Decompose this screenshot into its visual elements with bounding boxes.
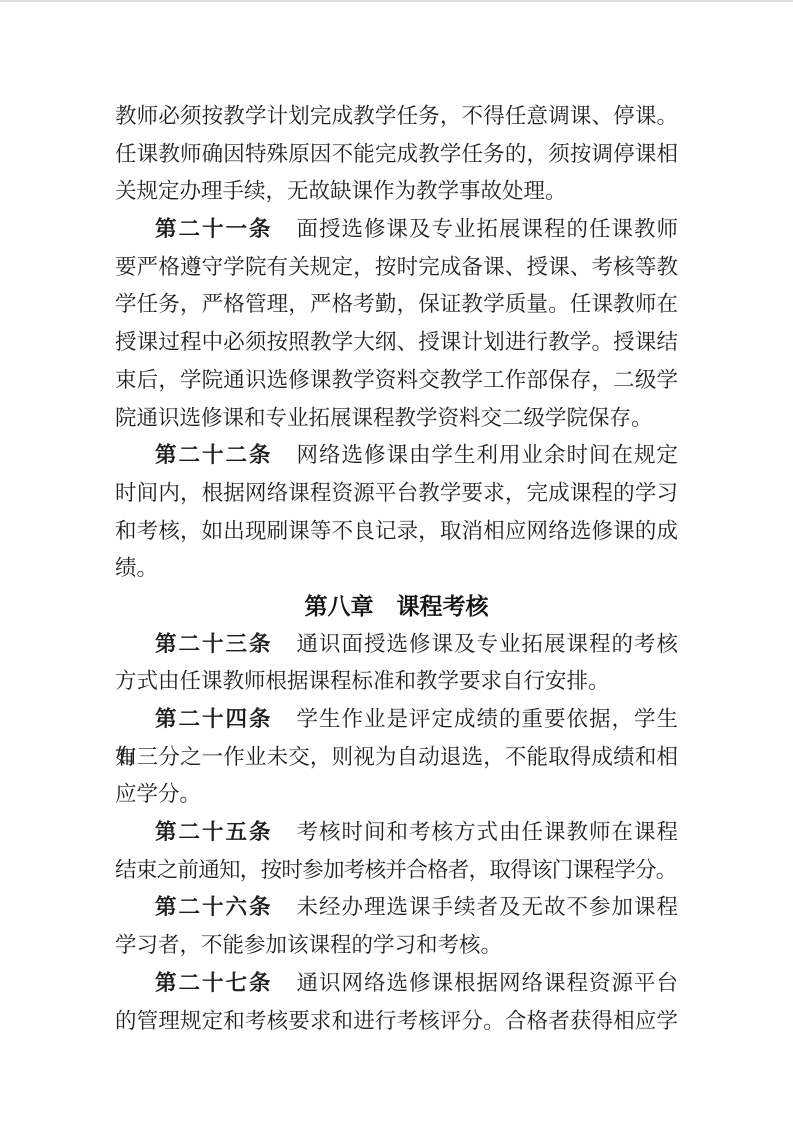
article-first-line: 第二十四条学生作业是评定成绩的重要依据，学生如	[115, 701, 678, 739]
text-line: 绩。	[115, 550, 678, 588]
article-number: 第二十六条	[155, 895, 273, 919]
text-line: 和考核，如出现刷课等不良记录，取消相应网络选修课的成	[115, 513, 678, 551]
article-first-line: 第二十三条通识面授选修课及专业拓展课程的考核	[115, 626, 678, 664]
text-line: 任课教师确因特殊原因不能完成教学任务的，须按调停课相	[115, 136, 678, 174]
text-line: 的管理规定和考核要求和进行考核评分。合格者获得相应学	[115, 1003, 678, 1041]
text-line: 时间内，根据网络课程资源平台教学要求，完成课程的学习	[115, 475, 678, 513]
article-first-line: 第二十一条面授选修课及专业拓展课程的任课教师	[115, 211, 678, 249]
text-line: 有三分之一作业未交，则视为自动退选，不能取得成绩和相	[115, 739, 678, 777]
article-first-line: 第二十六条未经办理选课手续者及无故不参加课程	[115, 889, 678, 927]
article-number: 第二十一条	[155, 217, 273, 241]
text-line: 应学分。	[115, 776, 678, 814]
text-line: 要严格遵守学院有关规定，按时完成备课、授课、考核等教	[115, 249, 678, 287]
article-first-line: 第二十七条通识网络选修课根据网络课程资源平台	[115, 965, 678, 1003]
text-line: 教师必须按教学计划完成教学任务，不得任意调课、停课。	[115, 98, 678, 136]
text-line: 关规定办理手续，无故缺课作为教学事故处理。	[115, 173, 678, 211]
article-number: 第二十五条	[155, 820, 273, 844]
text-line: 学习者，不能参加该课程的学习和考核。	[115, 927, 678, 965]
document-page: 教师必须按教学计划完成教学任务，不得任意调课、停课。任课教师确因特殊原因不能完成…	[0, 0, 793, 1122]
article-number: 第二十七条	[155, 971, 273, 995]
article-first-line: 第二十五条考核时间和考核方式由任课教师在课程	[115, 814, 678, 852]
text-line: 束后，学院通识选修课教学资料交教学工作部保存，二级学	[115, 362, 678, 400]
article-number: 第二十四条	[155, 707, 273, 731]
text-line: 结束之前通知，按时参加考核并合格者，取得该门课程学分。	[115, 852, 678, 890]
scan-edge-artifact	[0, 0, 793, 2]
text-line: 授课过程中必须按照教学大纲、授课计划进行教学。授课结	[115, 324, 678, 362]
article-number: 第二十三条	[155, 632, 273, 656]
chapter-heading: 第八章 课程考核	[115, 588, 678, 626]
text-line: 学任务，严格管理，严格考勤，保证教学质量。任课教师在	[115, 286, 678, 324]
page-content: 教师必须按教学计划完成教学任务，不得任意调课、停课。任课教师确因特殊原因不能完成…	[115, 98, 678, 1040]
article-number: 第二十二条	[155, 443, 273, 467]
article-first-line: 第二十二条网络选修课由学生利用业余时间在规定	[115, 437, 678, 475]
text-line: 院通识选修课和专业拓展课程教学资料交二级学院保存。	[115, 400, 678, 438]
text-line: 方式由任课教师根据课程标准和教学要求自行安排。	[115, 663, 678, 701]
